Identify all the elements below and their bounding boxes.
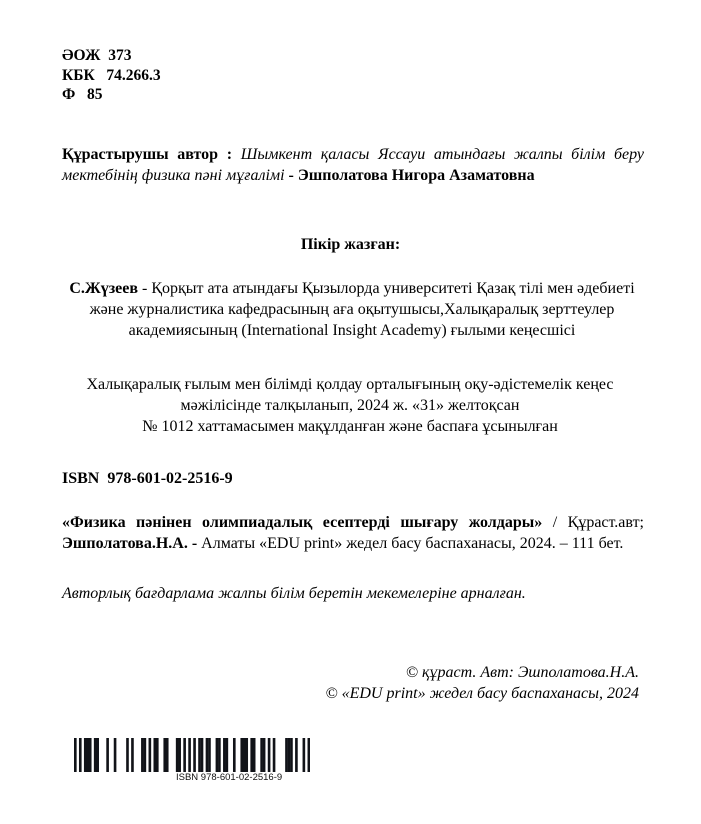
compiler-separator: - (285, 167, 298, 184)
citation-title: «Физика пәнінен олимпиадалық есептерді ш… (62, 514, 542, 531)
compiler-paragraph: Құрастырушы автор : Шымкент қаласы Яссау… (62, 144, 644, 186)
bibliographic-citation: «Физика пәнінен олимпиадалық есептерді ш… (62, 512, 644, 554)
isbn-label: ISBN (62, 470, 99, 487)
lbc-label: КБК (62, 67, 95, 84)
author-mark-row: Ф 85 (62, 85, 161, 105)
udc-label: ӘОЖ (62, 47, 100, 64)
udc-value: 373 (108, 47, 131, 64)
lbc-value: 74.266.3 (106, 67, 160, 84)
reviewer-heading: Пікір жазған: (0, 236, 701, 254)
reviewer-paragraph: С.Жүзеев - Қорқыт ата атындағы Қызылорда… (62, 278, 642, 341)
citation-author: Эшполатова.Н.А. - (62, 535, 197, 552)
approval-line: мәжілісінде талқыланып, 2024 ж. «31» жел… (40, 395, 660, 416)
udc-row: ӘОЖ 373 (62, 46, 161, 66)
compiler-name: Эшполатова Нигора Азаматовна (298, 167, 535, 184)
copyright-block: © құраст. Авт: Эшполатова.Н.А. © «EDU pr… (325, 662, 639, 704)
compiler-label: Құрастырушы автор : (62, 146, 232, 163)
lbc-row: КБК 74.266.3 (62, 66, 161, 86)
citation-compiled-by: / Құраст.авт; (542, 514, 644, 531)
copyright-line: © құраст. Авт: Эшполатова.Н.А. (325, 662, 639, 683)
barcode-caption: ISBN 978-601-02-2516-9 (176, 772, 282, 783)
reviewer-description: Қорқыт ата атындағы Қызылорда университе… (90, 280, 635, 339)
approval-line: Халықаралық ғылым мен білімді қолдау орт… (40, 374, 660, 395)
approval-statement: Халықаралық ғылым мен білімді қолдау орт… (40, 374, 660, 437)
audience-note: Авторлық бағдарлама жалпы білім беретін … (62, 585, 526, 603)
barcode-bars (74, 738, 310, 772)
reviewer-separator: - (138, 280, 151, 297)
author-mark-value: 85 (87, 86, 103, 103)
isbn-value: 978-601-02-2516-9 (107, 470, 232, 487)
reviewer-name: С.Жүзеев (69, 280, 138, 297)
author-mark-label: Ф (62, 86, 75, 103)
copyright-line: © «EDU print» жедел басу баспаханасы, 20… (325, 683, 639, 704)
isbn-barcode (74, 738, 310, 772)
citation-publication: Алматы «EDU print» жедел басу баспаханас… (197, 535, 623, 552)
isbn-line: ISBN 978-601-02-2516-9 (62, 470, 233, 488)
approval-line: № 1012 хаттамасымен мақұлданған және бас… (40, 416, 660, 437)
classification-block: ӘОЖ 373 КБК 74.266.3 Ф 85 (62, 46, 161, 105)
